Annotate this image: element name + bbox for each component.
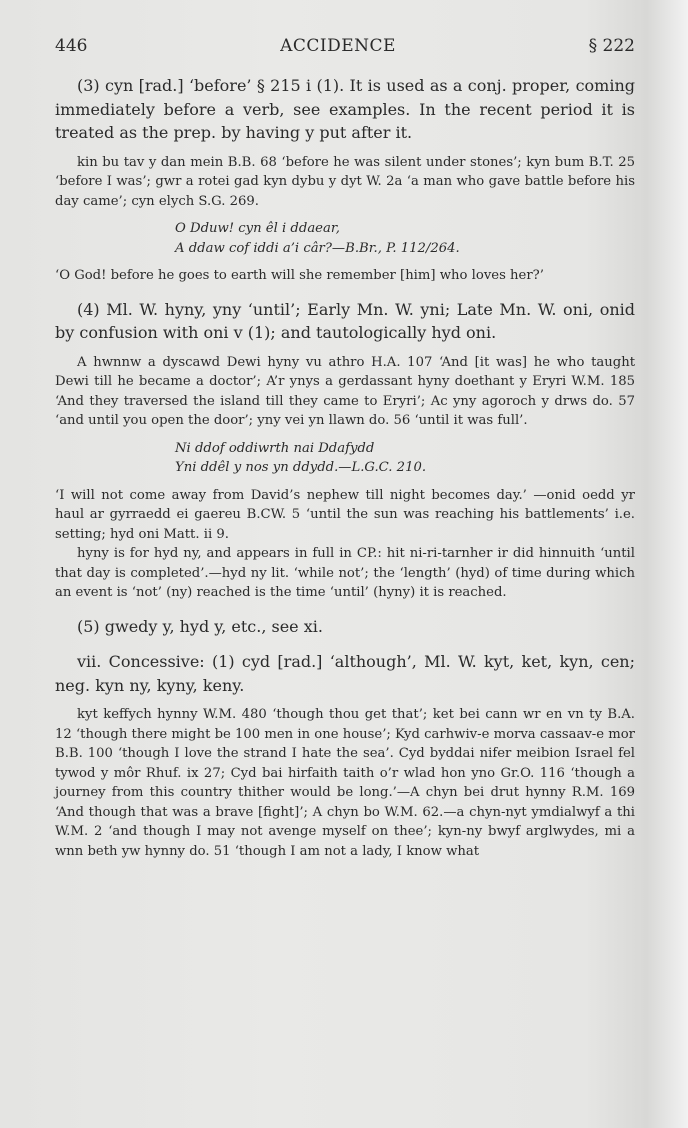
- verse-line: A ddaw cof iddi a’i câr?—B.Br., P. 112/2…: [175, 239, 635, 259]
- section-4-note: hyny is for hyd ny, and appears in full …: [55, 544, 635, 603]
- section-4-examples: A hwnnw a dyscawd Dewi hyny vu athro H.A…: [55, 353, 635, 431]
- section-vii-text: vii. Concessive: (1) cyd [rad.] ‘althoug…: [55, 650, 635, 697]
- section-3-text: (3) cyn [rad.] ‘before’ § 215 i (1). It …: [55, 74, 635, 145]
- page-number: 446: [55, 36, 87, 56]
- section-5-text: (5) gwedy y, hyd y, etc., see xi.: [55, 615, 635, 639]
- verse-line: Yni ddêl y nos yn ddydd.—L.G.C. 210.: [175, 458, 635, 478]
- section-3-verse: O Dduw! cyn êl i ddaear, A ddaw cof iddi…: [175, 219, 635, 258]
- section-4-translation: ‘I will not come away from David’s nephe…: [55, 486, 635, 545]
- section-number: § 222: [589, 36, 635, 56]
- verse-line: Ni ddof oddiwrth nai Ddafydd: [175, 439, 635, 459]
- section-3-examples: kin bu tav y dan mein B.B. 68 ‘before he…: [55, 153, 635, 212]
- chapter-title: ACCIDENCE: [280, 36, 396, 56]
- verse-line: O Dduw! cyn êl i ddaear,: [175, 219, 635, 239]
- section-vii-examples: kyt keffych hynny W.M. 480 ‘though thou …: [55, 705, 635, 861]
- book-page: 446 ACCIDENCE § 222 (3) cyn [rad.] ‘befo…: [55, 36, 635, 861]
- section-3-translation: ‘O God! before he goes to earth will she…: [55, 266, 635, 286]
- section-4-verse: Ni ddof oddiwrth nai Ddafydd Yni ddêl y …: [175, 439, 635, 478]
- section-4-text: (4) Ml. W. hyny, yny ‘until’; Early Mn. …: [55, 298, 635, 345]
- running-header: 446 ACCIDENCE § 222: [55, 36, 635, 60]
